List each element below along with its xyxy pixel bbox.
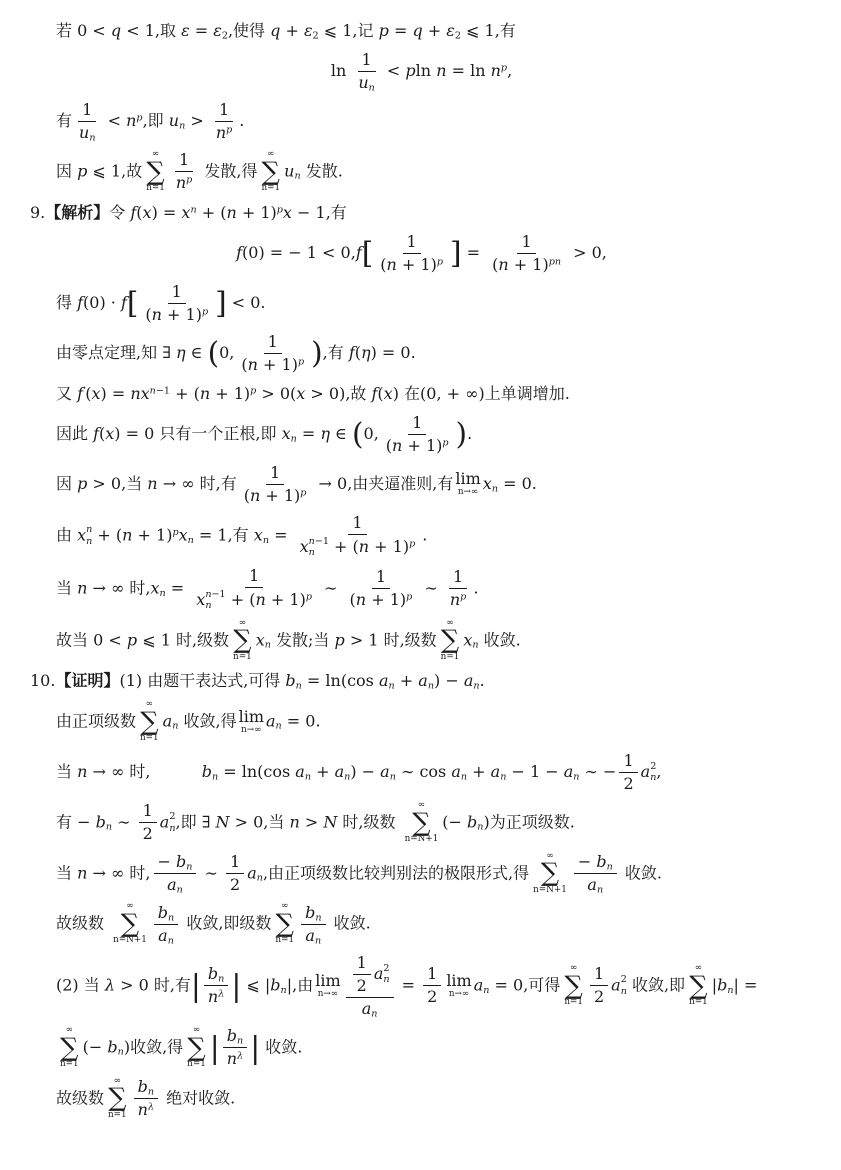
- fraction-numerator: bn: [223, 1026, 247, 1048]
- fraction-numerator: 1: [348, 513, 366, 535]
- math-subscript: n: [369, 82, 375, 93]
- math-operator: 2: [230, 875, 240, 894]
- math-operator: 1: [230, 852, 240, 871]
- math-variable: p: [298, 356, 304, 367]
- sigma-symbol: ∑: [187, 1036, 205, 1060]
- math-variable: x: [196, 590, 205, 609]
- math-subscript: n: [607, 861, 613, 872]
- math-fraction: bnnλ: [204, 964, 228, 1007]
- text-run: 时,级数: [337, 812, 400, 831]
- text-run: 时,: [129, 578, 150, 597]
- text-run: 故级数: [56, 914, 109, 933]
- text-run: ,由正项级数比较判别法的极限形式,得: [263, 863, 529, 882]
- math-variable: λ: [237, 1051, 243, 1062]
- math-operator: 0 <: [93, 630, 127, 649]
- summation-lower-limit: n=N+1: [533, 886, 567, 896]
- math-operator: (0) ·: [83, 293, 121, 312]
- text-run: ,记: [352, 21, 378, 40]
- math-line-9: 又 f′(x) = nxn−1 + (n + 1)p > 0(x > 0),故 …: [28, 382, 815, 406]
- math-operator: + 1): [397, 255, 437, 274]
- math-fraction: 1(n + 1)p: [376, 232, 447, 275]
- math-operator: (−: [442, 812, 467, 831]
- math-supsub-stack: n−1n: [205, 589, 225, 612]
- math-operator: + (: [197, 203, 227, 222]
- text-run: (2) 当: [56, 975, 105, 994]
- math-operator: 1: [249, 566, 259, 585]
- math-variable: n: [122, 525, 132, 544]
- math-superscript: λ: [237, 1051, 243, 1062]
- math-fraction: − bnan: [154, 852, 197, 895]
- text-run: 发散;当: [271, 630, 335, 649]
- math-operator: 2: [427, 987, 437, 1006]
- math-superscript: p: [442, 437, 448, 448]
- text-run: 收敛.: [329, 914, 371, 933]
- sigma-symbol: ∑: [541, 861, 559, 885]
- math-operator: <: [382, 61, 406, 80]
- math-operator: (0, + ∞): [420, 384, 485, 403]
- math-operator: .: [473, 578, 478, 597]
- math-variable: a: [641, 762, 651, 781]
- math-subscript: n: [309, 547, 315, 559]
- summation: ∞∑n=1: [564, 964, 583, 1008]
- math-operator: ,: [656, 762, 661, 781]
- math-operator: ⩽ 1: [87, 161, 121, 180]
- summation: ∞∑n=1: [275, 902, 294, 946]
- sigma-symbol: ∑: [564, 974, 582, 998]
- math-variable: b: [202, 762, 212, 781]
- math-superscript: p: [409, 538, 415, 549]
- limit-subscript: n→∞: [458, 488, 478, 498]
- math-superscript: p: [202, 306, 208, 317]
- math-operator: ∼: [419, 578, 443, 597]
- math-variable: p: [409, 538, 415, 549]
- math-variable: p: [77, 161, 87, 180]
- text-run: 当: [56, 762, 77, 781]
- summation: ∞∑n=1: [60, 1026, 79, 1070]
- math-operator: + 1): [162, 305, 202, 324]
- fraction-denominator: 2: [139, 823, 157, 844]
- limit: limn→∞: [315, 973, 340, 999]
- math-operator: + 1): [369, 537, 409, 556]
- fraction-denominator: (n + 1)p: [141, 304, 212, 325]
- math-variable: p: [186, 175, 192, 186]
- text-run: ,由: [292, 975, 313, 994]
- math-fraction: 12: [423, 964, 441, 1007]
- math-variable: n: [387, 255, 397, 274]
- text-run: ,有: [228, 525, 254, 544]
- summation-lower-limit: n=N+1: [113, 936, 147, 946]
- math-superscript: p: [298, 356, 304, 367]
- math-line-13: 当 n → ∞ 时,xn = 1xn−1n + (n + 1)p ∼ 1(n +…: [28, 566, 815, 612]
- fraction-numerator: 1: [353, 953, 371, 975]
- math-line-10: 因此 f(x) = 0 只有一个正根,即 xn = η ∈ (0,1(n + 1…: [28, 413, 815, 456]
- bold-label: 【证明】: [55, 671, 119, 690]
- math-variable: b: [158, 903, 168, 922]
- math-operator: +: [395, 671, 419, 690]
- math-variable: n: [227, 1049, 237, 1068]
- text-run: 收敛.: [479, 630, 521, 649]
- math-operator: = ln(cos: [302, 671, 379, 690]
- math-operator: 1: [594, 964, 604, 983]
- math-fraction: 1(n + 1)p: [346, 567, 417, 610]
- math-line-5: 9.【解析】令 f(x) = xn + (n + 1)px − 1,有: [28, 201, 815, 225]
- fraction-numerator: − bn: [574, 852, 617, 874]
- text-run: 绝对收敛.: [161, 1088, 235, 1107]
- math-operator: ∼: [199, 863, 223, 882]
- fraction-numerator: 1: [403, 232, 421, 254]
- text-run: 10.: [30, 671, 55, 690]
- math-operator: + 1): [509, 255, 549, 274]
- math-fraction: 1np: [172, 150, 196, 193]
- math-variable: n: [147, 474, 157, 493]
- math-line-23: 故级数∞∑n=1bnnλ 绝对收敛.: [28, 1077, 815, 1121]
- math-operator: + (: [92, 525, 122, 544]
- math-variable: x: [77, 525, 86, 544]
- math-superscript: 2: [383, 963, 389, 975]
- math-fraction: 1(n + 1)p: [240, 463, 311, 506]
- math-variable: a: [491, 762, 501, 781]
- math-supsub-stack: 2n: [383, 963, 389, 986]
- math-line-14: 故当 0 < p ⩽ 1 时,级数∞∑n=1xn 发散;当 p > 1 时,级数…: [28, 619, 815, 663]
- math-variable: p: [442, 437, 448, 448]
- math-variable: x: [300, 537, 309, 556]
- math-operator: ∃: [162, 343, 176, 362]
- math-subscript: n: [89, 132, 95, 143]
- math-operator: ) =: [152, 203, 182, 222]
- math-variable: u: [79, 123, 89, 142]
- math-operator: +: [280, 21, 304, 40]
- fraction-denominator: 2: [590, 986, 608, 1007]
- math-variable: ε: [446, 21, 455, 40]
- math-variable: n: [392, 436, 402, 455]
- sigma-symbol: ∑: [412, 811, 430, 835]
- math-variable: n: [177, 884, 183, 895]
- math-variable: N: [323, 812, 337, 831]
- fraction-denominator: np: [212, 122, 236, 143]
- summation-lower-limit: n=1: [187, 1060, 206, 1070]
- text-run: 令: [109, 203, 130, 222]
- summation-lower-limit: n=1: [233, 653, 252, 663]
- math-variable: ε: [304, 21, 313, 40]
- sigma-symbol: ∑: [121, 912, 139, 936]
- summation-lower-limit: n=1: [146, 184, 165, 194]
- math-subscript: n: [218, 974, 224, 985]
- limit-operator: lim: [239, 709, 264, 726]
- fraction-denominator: nλ: [204, 986, 228, 1007]
- math-variable: n: [126, 111, 136, 130]
- fraction-denominator: an: [301, 925, 325, 946]
- math-variable: a: [451, 762, 461, 781]
- math-line-20: 故级数 ∞∑n=N+1bnan 收敛,即级数∞∑n=1bnan 收敛.: [28, 902, 815, 946]
- math-superscript: p: [186, 175, 192, 186]
- math-variable: n: [248, 355, 258, 374]
- math-variable: x: [282, 424, 291, 443]
- math-operator: 1: [352, 513, 362, 532]
- math-variable: n: [250, 486, 260, 505]
- text-run: ,故: [121, 161, 142, 180]
- text-run: 收敛,即级数: [181, 914, 271, 933]
- math-variable: a: [247, 863, 257, 882]
- math-variable: n: [148, 1086, 154, 1097]
- text-run: 发散,得: [199, 161, 257, 180]
- math-operator: +: [311, 762, 335, 781]
- text-run: 有: [56, 111, 72, 130]
- math-operator: > 1: [345, 630, 384, 649]
- math-variable: n: [436, 61, 446, 80]
- math-variable: p: [437, 256, 443, 267]
- math-operator: .: [467, 424, 472, 443]
- math-operator: > 0: [115, 975, 154, 994]
- math-variable: n: [89, 132, 95, 143]
- fraction-numerator: 1: [168, 282, 186, 304]
- math-variable: n: [208, 987, 218, 1006]
- text-run: 又: [56, 384, 77, 403]
- math-operator: =: [297, 424, 321, 443]
- limit-operator: lim: [455, 471, 480, 488]
- fraction-numerator: 1: [423, 964, 441, 986]
- text-run: ,有: [326, 203, 347, 222]
- fraction-denominator: an: [154, 925, 178, 946]
- math-variable: b: [176, 852, 186, 871]
- summation-lower-limit: n=1: [108, 1111, 127, 1121]
- math-variable: b: [596, 852, 606, 871]
- math-operator: 1: [82, 100, 92, 119]
- math-variable: n: [237, 1036, 243, 1047]
- math-variable: η: [320, 424, 330, 443]
- math-variable: n: [216, 123, 226, 142]
- math-variable: a: [158, 926, 168, 945]
- math-variable: b: [270, 975, 280, 994]
- math-line-16: 由正项级数∞∑n=1an 收敛,得limn→∞an = 0.: [28, 700, 815, 744]
- math-fraction: 1xn−1n + (n + 1)p: [296, 513, 420, 559]
- math-operator: + (: [170, 384, 200, 403]
- math-superscript: p: [226, 125, 232, 136]
- fraction-numerator: 1: [408, 413, 426, 435]
- math-variable: q: [270, 21, 280, 40]
- limit: limn→∞: [455, 471, 480, 497]
- math-superscript: p: [300, 487, 306, 498]
- math-operator: .: [239, 111, 244, 130]
- math-operator: 2: [594, 987, 604, 1006]
- summation-lower-limit: n=1: [262, 184, 281, 194]
- math-variable: u: [169, 111, 179, 130]
- math-variable: x: [105, 424, 114, 443]
- math-operator: ⩽ 1: [461, 21, 495, 40]
- text-run: 时,级数: [176, 630, 229, 649]
- math-operator: 1: [623, 751, 633, 770]
- text-run: 时,级数: [384, 630, 437, 649]
- math-variable: n: [289, 812, 299, 831]
- math-variable: x: [384, 384, 393, 403]
- math-superscript: p: [406, 592, 412, 603]
- fraction-numerator: 1: [175, 150, 193, 172]
- math-operator: < 0.: [227, 293, 266, 312]
- document-page: 若 0 < q < 1,取 ε = ε2,使得 q + ε2 ⩽ 1,记 p =…: [0, 0, 841, 1170]
- math-operator: (−: [83, 1037, 108, 1056]
- math-variable: b: [138, 1077, 148, 1096]
- math-operator: 2: [383, 963, 389, 974]
- text-run: 有: [56, 812, 77, 831]
- math-line-2: ln 1un < pln n = ln np,: [28, 50, 815, 93]
- math-variable: f: [356, 243, 362, 262]
- math-variable: n: [498, 255, 508, 274]
- math-variable: x: [483, 474, 492, 493]
- math-operator: ) −: [350, 762, 380, 781]
- text-run: 由: [56, 525, 77, 544]
- math-operator: 2: [357, 976, 367, 995]
- limit: limn→∞: [446, 973, 471, 999]
- math-variable: ε: [213, 21, 222, 40]
- math-supsub-stack: n−1n: [309, 536, 329, 559]
- text-run: 当: [56, 578, 77, 597]
- text-run: 由零点定理,知: [56, 343, 162, 362]
- summation-lower-limit: n=1: [689, 998, 708, 1008]
- math-operator: ∈: [330, 424, 352, 443]
- math-variable: p: [460, 592, 466, 603]
- math-operator: 2: [623, 774, 633, 793]
- math-variable: b: [717, 975, 727, 994]
- summation: ∞∑n=1: [441, 619, 460, 663]
- math-operator: 1: [219, 100, 229, 119]
- math-operator: → ∞: [158, 474, 200, 493]
- math-operator: < 1: [121, 21, 155, 40]
- math-operator: −: [77, 812, 96, 831]
- math-variable: a: [335, 762, 345, 781]
- fraction-denominator: (n + 1)p: [346, 589, 417, 610]
- math-operator: 1: [453, 567, 463, 586]
- math-variable: n: [315, 912, 321, 923]
- summation-lower-limit: n=1: [564, 998, 583, 1008]
- math-operator: .: [422, 525, 427, 544]
- math-variable: ε: [181, 21, 190, 40]
- math-variable: p: [202, 306, 208, 317]
- bold-label: 【解析】: [45, 203, 109, 222]
- math-variable: a: [611, 975, 621, 994]
- text-run: 上单调增加.: [485, 384, 570, 403]
- math-variable: a: [160, 812, 170, 831]
- fraction-denominator: 2: [353, 975, 371, 996]
- math-variable: n: [450, 590, 460, 609]
- math-line-19: 当 n → ∞ 时,− bnan ∼ 12an,由正项级数比较判别法的极限形式,…: [28, 852, 815, 896]
- math-variable: a: [295, 762, 305, 781]
- limit-subscript: n→∞: [449, 990, 469, 1000]
- sigma-symbol: ∑: [276, 912, 294, 936]
- math-operator: 1: [412, 413, 422, 432]
- math-superscript: 2: [169, 811, 175, 823]
- math-line-6: f(0) = − 1 < 0,f[1(n + 1)p] = 1(n + 1)pn…: [28, 232, 815, 275]
- math-line-12: 由 xnn + (n + 1)pxn = 1,有 xn = 1xn−1n + (…: [28, 513, 815, 559]
- math-operator: + 1): [132, 525, 172, 544]
- math-fraction: 12: [226, 852, 244, 895]
- math-line-7: 得 f(0) · f[1(n + 1)p] < 0.: [28, 282, 815, 325]
- sigma-symbol: ∑: [108, 1086, 126, 1110]
- text-run: 9.: [30, 203, 45, 222]
- limit-operator: lim: [446, 973, 471, 990]
- math-operator: ∼: [319, 578, 343, 597]
- math-operator: 1: [376, 567, 386, 586]
- math-operator: + 1): [266, 590, 306, 609]
- math-line-17: 当 n → ∞ 时,bn = ln(cos an + an) − an ∼ co…: [28, 751, 815, 794]
- math-variable: λ: [148, 1102, 154, 1113]
- math-operator: 1: [362, 50, 372, 69]
- math-operator: > 0,: [568, 243, 607, 262]
- math-operator: ∼: [112, 812, 136, 831]
- math-line-1: 若 0 < q < 1,取 ε = ε2,使得 q + ε2 ⩽ 1,记 p =…: [28, 19, 815, 43]
- math-variable: a: [167, 875, 177, 894]
- math-variable: n: [77, 578, 87, 597]
- fraction-numerator: 1: [517, 232, 535, 254]
- text-run: 收敛.: [620, 863, 662, 882]
- math-operator: → 0: [313, 474, 347, 493]
- math-superscript: λ: [218, 989, 224, 1000]
- math-fraction: 1(n + 1)p: [382, 413, 453, 456]
- math-variable: n: [176, 173, 186, 192]
- math-line-21: (2) 当 λ > 0 时,有|bnnλ| ⩽ |bn|,由limn→∞12a2…: [28, 953, 815, 1019]
- text-run: ,取: [155, 21, 181, 40]
- fraction-denominator: np: [172, 172, 196, 193]
- fraction-denominator: xn−1n + (n + 1)p: [192, 588, 316, 612]
- fraction-numerator: 1: [78, 100, 96, 122]
- math-operator: + 1): [366, 590, 406, 609]
- fraction-denominator: nλ: [223, 1048, 247, 1069]
- math-subscript: n: [148, 1086, 154, 1097]
- text-run: 为正项级数.: [490, 812, 575, 831]
- text-run: ,使得: [228, 21, 270, 40]
- fraction-numerator: 1: [215, 100, 233, 122]
- math-subscript: n: [177, 884, 183, 895]
- sigma-symbol: ∑: [689, 974, 707, 998]
- summation-lower-limit: n=N+1: [405, 835, 439, 845]
- math-operator: > 0: [229, 812, 263, 831]
- math-variable: b: [227, 1026, 237, 1045]
- summation: ∞∑n=1: [689, 964, 708, 1008]
- math-operator: → ∞: [87, 863, 129, 882]
- math-operator: 1: [357, 953, 367, 972]
- fraction-denominator: un: [75, 122, 100, 143]
- fraction-denominator: xn−1n + (n + 1)p: [296, 535, 420, 559]
- math-fraction: 12a2nan: [346, 953, 394, 1019]
- text-run: ,即: [143, 111, 169, 130]
- math-operator: 1: [172, 282, 182, 301]
- math-operator: ) = 0: [114, 424, 159, 443]
- math-variable: λ: [218, 989, 224, 1000]
- math-fraction: 12: [590, 964, 608, 1007]
- math-variable: a: [418, 671, 428, 690]
- math-fraction: 1un: [354, 50, 379, 93]
- math-variable: n: [77, 863, 87, 882]
- fraction-numerator: bn: [134, 1077, 158, 1099]
- math-operator: + (: [329, 537, 359, 556]
- math-operator: >: [185, 111, 209, 130]
- math-operator: + 1): [260, 486, 300, 505]
- math-variable: f: [121, 293, 127, 312]
- math-superscript: p: [460, 592, 466, 603]
- limit-subscript: n→∞: [318, 990, 338, 1000]
- math-variable: a: [374, 964, 384, 983]
- math-superscript: n−1: [309, 536, 329, 548]
- math-operator: = 0.: [498, 474, 537, 493]
- math-variable: a: [474, 975, 484, 994]
- text-run: 只有一个正根,即: [159, 424, 281, 443]
- summation: ∞∑n=N+1: [405, 801, 439, 845]
- math-operator: +: [423, 21, 447, 40]
- text-run: ,可得: [523, 975, 560, 994]
- math-operator: ln: [416, 61, 437, 80]
- math-operator: =: [166, 578, 190, 597]
- math-operator: = ln(cos: [218, 762, 295, 781]
- math-variable: n: [597, 884, 603, 895]
- math-fraction: 1(n + 1)p: [141, 282, 212, 325]
